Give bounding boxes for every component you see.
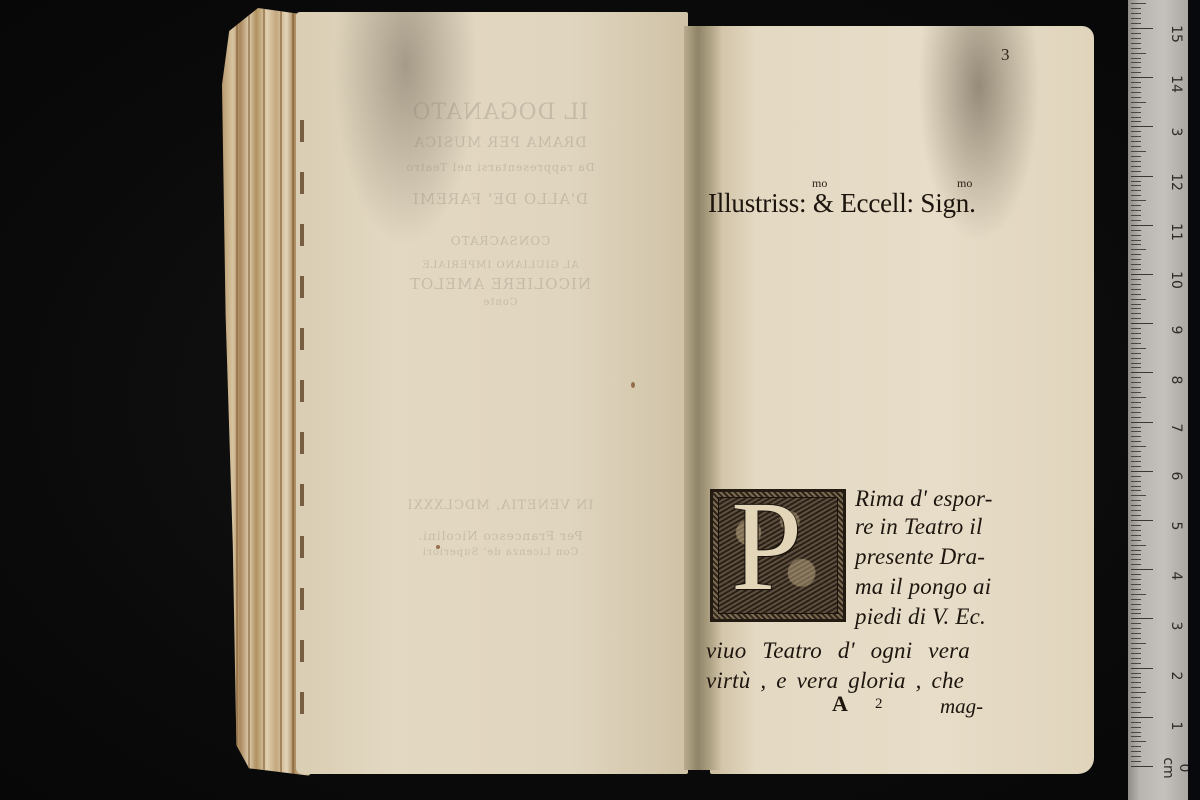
ruler-tick — [1131, 205, 1141, 206]
ruler-tick — [1131, 107, 1141, 108]
ruler-tick — [1131, 712, 1141, 713]
ruler-tick — [1131, 53, 1146, 54]
ruler-tick — [1131, 569, 1153, 570]
ruler-tick — [1131, 235, 1141, 236]
page-number: 3 — [1001, 45, 1010, 65]
ruler-tick — [1131, 244, 1141, 245]
ruler-tick — [1131, 171, 1141, 172]
ruler-label: 14 — [1168, 72, 1184, 96]
ruler-tick — [1131, 131, 1141, 132]
ruler-tick — [1131, 3, 1146, 4]
ruler-tick — [1131, 540, 1141, 541]
ruler-tick — [1131, 486, 1141, 487]
ruler-tick — [1131, 574, 1141, 575]
ruler-tick — [1131, 23, 1141, 24]
ruler-tick — [1131, 289, 1141, 290]
ruler-tick — [1131, 451, 1141, 452]
ruler-tick — [1131, 210, 1141, 211]
ruler-tick — [1131, 121, 1141, 122]
ruler-tick — [1131, 28, 1153, 29]
heading-word: Eccell: — [840, 188, 914, 218]
ruler-tick — [1131, 13, 1141, 14]
ruler-tick — [1131, 185, 1141, 186]
ruler-tick — [1131, 663, 1141, 664]
ruler-tick — [1131, 18, 1141, 19]
ruler-label: 7 — [1168, 416, 1184, 440]
ruler-label: 1 — [1168, 714, 1184, 738]
text-line: presente Dra- — [855, 544, 985, 570]
ruler-label: 10 — [1168, 268, 1184, 292]
ghost-line: IN VENETIA, MDCLXXXI — [340, 498, 660, 513]
ruler-tick — [1131, 613, 1141, 614]
ruler-tick — [1131, 648, 1141, 649]
ruler-tick — [1131, 604, 1141, 605]
ruler-tick — [1131, 97, 1141, 98]
ruler-tick — [1131, 697, 1141, 698]
ruler-tick — [1131, 215, 1141, 216]
text-line: piedi di V. Ec. — [855, 604, 986, 630]
ruler-tick — [1131, 274, 1153, 275]
ruler-tick — [1131, 254, 1141, 255]
ruler-tick — [1131, 746, 1141, 747]
ruler-label: 6 — [1168, 464, 1184, 488]
ruler-tick — [1131, 323, 1153, 324]
ghost-line: D'ALLO DE' FAREMI — [340, 190, 660, 208]
ruler-tick — [1131, 343, 1141, 344]
ruler-tick — [1131, 535, 1141, 536]
ruler-tick — [1131, 702, 1141, 703]
ruler-tick — [1131, 481, 1141, 482]
ruler-tick — [1131, 559, 1141, 560]
ruler-tick — [1131, 682, 1141, 683]
ruler-tick — [1131, 117, 1141, 118]
ruler-label: 15 — [1168, 22, 1184, 46]
ghost-line: NICOLIERE AMELOT — [340, 275, 660, 293]
ruler-tick — [1131, 141, 1141, 142]
text-line: re in Teatro il — [855, 514, 983, 540]
ruler-tick — [1131, 328, 1141, 329]
ruler-tick — [1131, 8, 1141, 9]
ruler-tick — [1131, 500, 1141, 501]
ruler-tick — [1131, 338, 1141, 339]
ruler-tick — [1131, 382, 1141, 383]
ruler-tick — [1131, 333, 1141, 334]
ruler-tick — [1131, 195, 1141, 196]
signature-number: 2 — [875, 696, 883, 713]
photo-scene: IL DOGANATO DRAMA PER MUSICA Da rapprese… — [0, 0, 1200, 800]
ruler-tick — [1131, 515, 1141, 516]
ruler-tick — [1131, 77, 1153, 78]
ruler-label: 2 — [1168, 664, 1184, 688]
ruler-tick — [1131, 387, 1141, 388]
ruler-tick — [1131, 766, 1153, 767]
ghost-line: IL DOGANATO — [340, 100, 660, 125]
heading-word: Illustriss: — [708, 188, 806, 218]
ruler-tick — [1131, 279, 1141, 280]
ruler-tick — [1131, 87, 1141, 88]
ruler-label: 3 — [1168, 120, 1184, 144]
ruler-tick — [1131, 692, 1146, 693]
left-page-show-through: IL DOGANATO DRAMA PER MUSICA Da rapprese… — [340, 100, 660, 558]
ruler-tick — [1131, 707, 1141, 708]
initial-letter: P — [731, 482, 802, 610]
binding-thread — [300, 120, 304, 720]
ruler-tick — [1131, 520, 1153, 521]
ruler-tick — [1131, 427, 1141, 428]
ruler-tick — [1131, 495, 1146, 496]
ruler-tick — [1131, 313, 1141, 314]
ruler-tick — [1131, 166, 1141, 167]
ruler-tick — [1131, 220, 1141, 221]
ruler-tick — [1131, 176, 1153, 177]
ruler-tick — [1131, 43, 1141, 44]
ghost-line: AL GIULIANO IMPERIALE — [340, 260, 660, 271]
ruler-tick — [1131, 225, 1153, 226]
ruler-tick — [1131, 392, 1141, 393]
ruler-tick — [1131, 67, 1141, 68]
ruler-tick — [1131, 62, 1141, 63]
ruler-tick — [1131, 284, 1141, 285]
ruler-tick — [1131, 33, 1141, 34]
ruler-label: 12 — [1168, 170, 1184, 194]
ruler-tick — [1131, 181, 1141, 182]
ruler-tick — [1131, 761, 1141, 762]
ruler-tick — [1131, 623, 1141, 624]
ghost-line: Da rappresentarsi nel Teatro — [340, 161, 660, 174]
ghost-line: Per Francesco Nicolini. — [340, 529, 660, 543]
ruler-label: 11 — [1168, 220, 1184, 244]
ruler-tick — [1131, 741, 1146, 742]
heading-word: Sign. — [920, 188, 975, 218]
ghost-line: Con Licenza de' Superiori — [340, 547, 660, 558]
ruler-tick — [1131, 230, 1141, 231]
text-line: Rima d' espor- — [855, 486, 993, 512]
ruler-tick — [1131, 372, 1153, 373]
ruler-tick — [1131, 490, 1141, 491]
ruler-tick — [1131, 249, 1146, 250]
ruler-tick — [1131, 367, 1141, 368]
ruler-label: 9 — [1168, 318, 1184, 342]
ruler-tick — [1131, 126, 1153, 127]
dedication-heading: Illustriss: & Eccell: Sign. — [708, 188, 976, 219]
text-line: ma il pongo ai — [855, 574, 991, 600]
ruler-tick — [1131, 422, 1153, 423]
signature-mark: A — [832, 691, 848, 717]
ruler-tick — [1131, 58, 1141, 59]
ruler-tick — [1131, 156, 1141, 157]
ruler-tick — [1131, 417, 1141, 418]
ruler-tick — [1131, 348, 1146, 349]
ruler-tick — [1131, 318, 1141, 319]
ruler-tick — [1131, 48, 1141, 49]
ruler-tick — [1131, 471, 1153, 472]
ruler-tick — [1131, 402, 1141, 403]
ruler-tick — [1131, 431, 1141, 432]
ruler-tick — [1131, 751, 1141, 752]
ruler-tick — [1131, 673, 1141, 674]
ruler-tick — [1131, 436, 1141, 437]
ruler-tick — [1131, 653, 1141, 654]
ruler-tick — [1131, 353, 1141, 354]
ruler-tick — [1131, 161, 1141, 162]
ruler-tick — [1131, 668, 1153, 669]
ruler-label: 5 — [1168, 514, 1184, 538]
ruler-tick — [1131, 594, 1146, 595]
ruler-tick — [1131, 727, 1141, 728]
ghost-line: CONSACRATO — [340, 234, 660, 248]
ruler-tick — [1131, 525, 1141, 526]
ruler-tick — [1131, 466, 1141, 467]
foxing-spot — [631, 382, 635, 388]
text-line: viuo Teatro d' ogni vera — [706, 638, 970, 664]
ruler-tick — [1131, 756, 1141, 757]
ruler-tick — [1131, 264, 1141, 265]
ruler-tick — [1131, 397, 1146, 398]
ruler-tick — [1131, 505, 1141, 506]
ruler-tick — [1131, 564, 1141, 565]
ruler-tick — [1131, 294, 1141, 295]
ruler-tick — [1131, 38, 1141, 39]
measuring-ruler: 0 cm 1 2 3 4 5 6 7 8 9 10 11 12 3 14 15 — [1128, 0, 1188, 800]
ruler-tick — [1131, 299, 1146, 300]
ruler-tick — [1131, 190, 1141, 191]
ruler-tick — [1131, 579, 1141, 580]
ruler-tick — [1131, 599, 1141, 600]
ruler-tick — [1131, 461, 1141, 462]
ruler-tick — [1131, 151, 1146, 152]
ruler-tick — [1131, 146, 1141, 147]
heading-ampersand: & — [813, 188, 834, 218]
ruler-tick — [1131, 554, 1141, 555]
ruler-tick — [1131, 530, 1141, 531]
ruler-tick — [1131, 456, 1141, 457]
ghost-line: Conte — [340, 297, 660, 308]
ruler-tick — [1131, 589, 1141, 590]
ruler-tick — [1131, 136, 1141, 137]
ruler-tick — [1131, 736, 1141, 737]
ruler-tick — [1131, 240, 1141, 241]
ruler-tick — [1131, 510, 1141, 511]
foxing-spot — [436, 545, 440, 549]
ruler-tick — [1131, 545, 1146, 546]
catchword: mag- — [940, 694, 983, 719]
ruler-label: 8 — [1168, 368, 1184, 392]
ruler-tick — [1131, 304, 1141, 305]
ruler-tick — [1131, 628, 1141, 629]
ruler-tick — [1131, 643, 1146, 644]
ruler-tick — [1131, 259, 1141, 260]
ghost-line: DRAMA PER MUSICA — [340, 135, 660, 151]
ruler-tick — [1131, 412, 1141, 413]
ruler-tick — [1131, 308, 1141, 309]
ruler-tick — [1131, 112, 1141, 113]
ruler-tick — [1131, 638, 1141, 639]
ruler-tick — [1131, 618, 1153, 619]
ruler-tick — [1131, 722, 1141, 723]
ruler-tick — [1131, 584, 1141, 585]
ruler-tick — [1131, 200, 1146, 201]
ruler-tick — [1131, 446, 1146, 447]
ruler-tick — [1131, 102, 1146, 103]
ruler-tick — [1131, 82, 1141, 83]
ruler-tick — [1131, 92, 1141, 93]
ruler-tick — [1131, 72, 1141, 73]
ruler-tick — [1131, 407, 1141, 408]
ruler-tick — [1131, 732, 1141, 733]
ruler-tick — [1131, 269, 1141, 270]
ruler-tick — [1131, 633, 1141, 634]
ruler-tick — [1131, 476, 1141, 477]
ruler-tick — [1131, 441, 1141, 442]
ruler-label: 4 — [1168, 564, 1184, 588]
ruler-shadow — [1188, 0, 1200, 800]
ruler-tick — [1131, 717, 1153, 718]
ruler-tick — [1131, 658, 1141, 659]
ruler-tick — [1131, 377, 1141, 378]
ruler-tick — [1131, 677, 1141, 678]
ruler-tick — [1131, 609, 1141, 610]
ruler-tick — [1131, 550, 1141, 551]
woodcut-initial: P — [710, 489, 846, 622]
ruler-label: 3 — [1168, 614, 1184, 638]
ruler-tick — [1131, 687, 1141, 688]
ruler-tick — [1131, 358, 1141, 359]
ruler-tick — [1131, 363, 1141, 364]
